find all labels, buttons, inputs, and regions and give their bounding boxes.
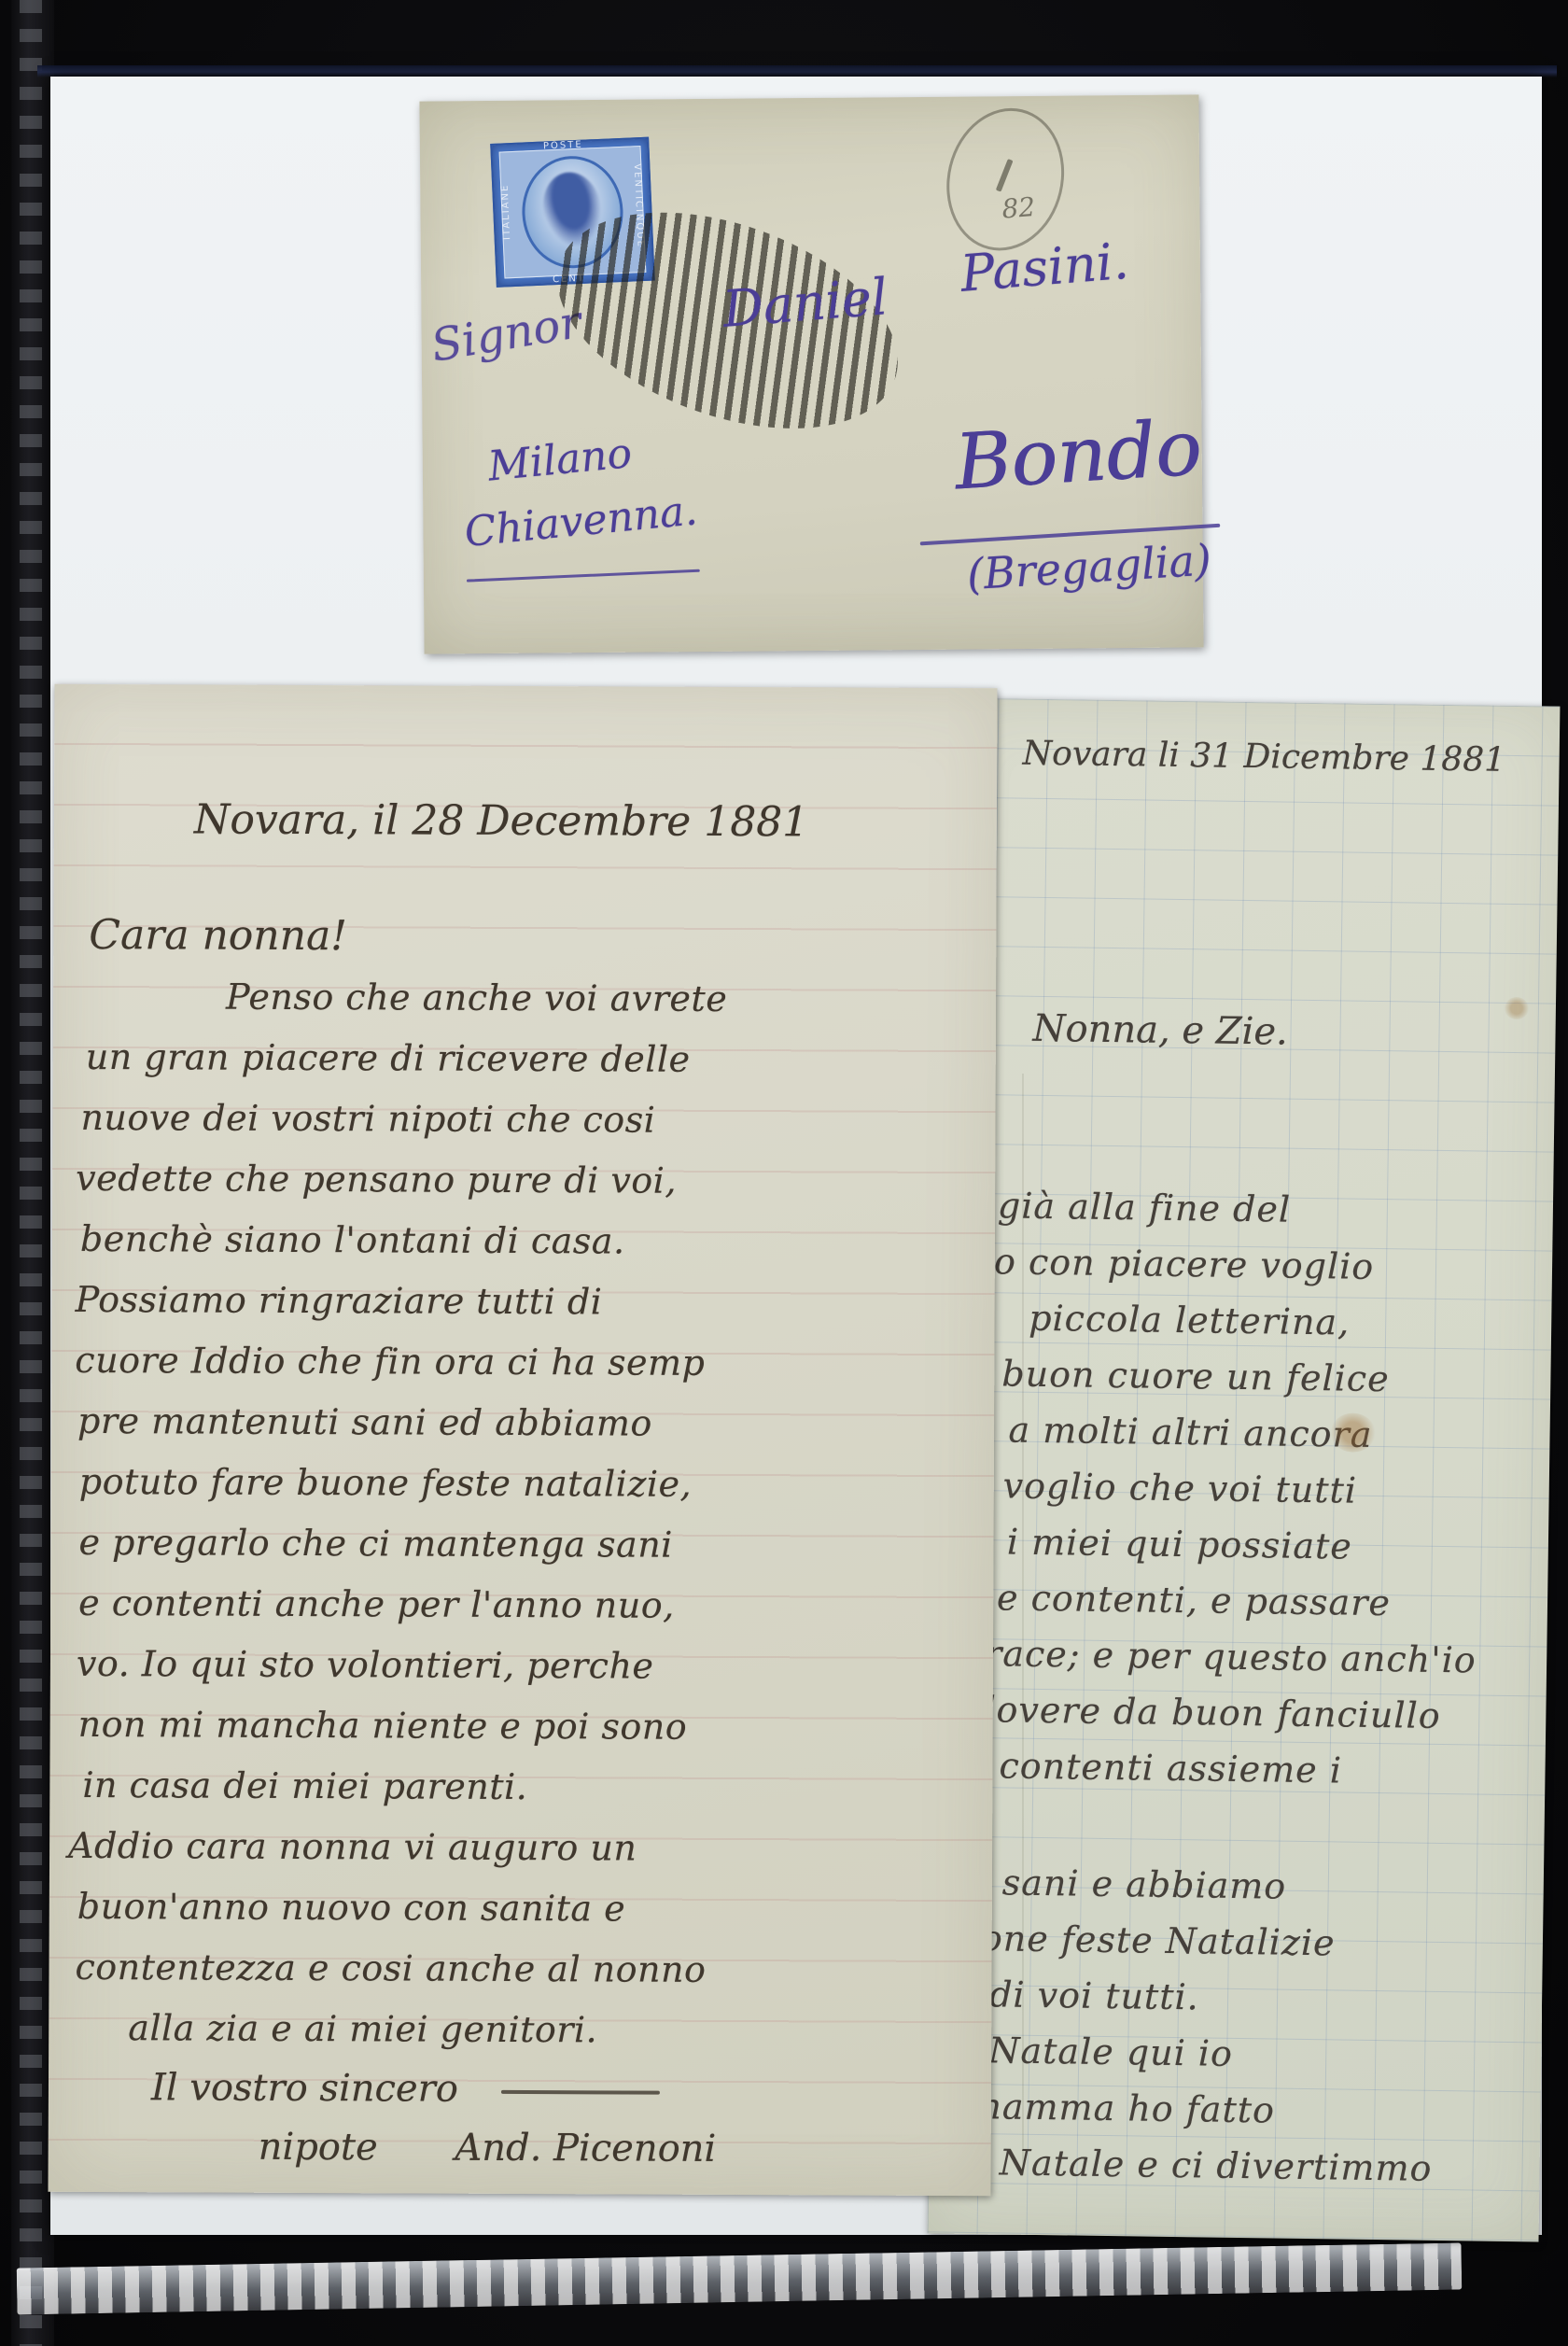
letter1-line: vedette che pensano pure di voi, — [76, 1148, 995, 1213]
letter2-line: i Natale e ci divertimmo — [974, 2134, 1540, 2198]
postmark-day — [996, 159, 1014, 192]
letter1-line: vo. Io qui sto volontieri, perche — [77, 1634, 993, 1698]
address-salutation: Signor — [427, 296, 585, 372]
letter1-line: Possiamo ringraziare tutti di — [76, 1270, 995, 1334]
route-line1: Milano — [486, 429, 634, 491]
letter2-line: Natale qui io — [988, 2022, 1542, 2086]
letter2-salutation: Nonna, e Zie. — [1032, 1001, 1556, 1064]
paper-crease — [1022, 1074, 1024, 2175]
address-last-name: Pasini. — [959, 232, 1131, 303]
letter2-line: one feste Natalizie — [981, 1910, 1544, 1974]
letter2-line: piccola letterina, — [1029, 1290, 1552, 1354]
letter1-salutation: Cara nonna! — [89, 905, 996, 970]
letter1-line: buon'anno nuovo con sanita e — [77, 1876, 992, 1941]
letter1-line: in casa dei miei parenti. — [82, 1755, 992, 1819]
letter-ruled-paper: Novara, il 28 Decembre 1881 Cara nonna! … — [48, 684, 997, 2196]
letter1-line: non mi mancha niente e poi sono — [78, 1694, 993, 1759]
destination-city: Bondo — [952, 404, 1204, 508]
letter2-line: voglio che voi tutti — [1002, 1457, 1549, 1521]
letter1-line: benchè siano l'ontani di casa. — [80, 1209, 995, 1273]
letter2-line: contenti assieme i — [999, 1737, 1546, 1801]
signature-name: And. Picenoni — [455, 2127, 716, 2170]
letter1-line: pre mantenuti sani ed abbiamo — [77, 1391, 994, 1455]
letter2-dateline: Novara li 31 Dicembre 1881 — [1022, 725, 1560, 791]
letter1-line: Penso che anche voi avrete — [226, 967, 996, 1032]
letter1-closing: Il vostro sincero — [151, 2058, 991, 2120]
route-line2: Chiavenna. — [462, 486, 699, 556]
sleeve-binding-edge — [11, 0, 54, 2346]
letter1-line: un gran piacere di ricevere delle — [86, 1027, 996, 1091]
letter1-line: potuto fare buone feste natalizie, — [79, 1452, 994, 1516]
letter1-line: contentezza e cosi anche al nonno — [75, 1937, 991, 2002]
sleeve-bottom-weld-strip — [17, 2242, 1463, 2314]
letter2-line: race; e per questo anch'io — [985, 1625, 1547, 1689]
letter2-line: lovere da buon fanciullo — [984, 1681, 1547, 1745]
letter1-line: Addio cara nonna vi auguro un — [68, 1816, 992, 1880]
letter1-signature: nipote And. Picenoni — [259, 2117, 991, 2181]
route-underline — [467, 569, 700, 583]
letter2-line: già alla fine del — [998, 1177, 1554, 1241]
letter2-line: namma ho fatto — [978, 2078, 1541, 2142]
closing-text: Il vostro sincero — [151, 2066, 458, 2110]
letter2-line: di voi tutti. — [989, 1966, 1543, 2030]
letter2-line: a molti altri ancora — [1008, 1401, 1550, 1465]
letter2-line: i miei qui possiate — [1006, 1513, 1548, 1577]
album-page-photo: Novara li 31 Dicembre 1881 Nonna, e Zie.… — [0, 0, 1568, 2346]
letter2-line: e contenti, e passare — [997, 1569, 1548, 1633]
letter2-line: o con piacere voglio — [994, 1233, 1553, 1297]
destination-region: (Bregaglia) — [965, 534, 1212, 599]
envelope: POSTE ITALIANE VENTICINQUE CENT 82 Signo… — [419, 94, 1203, 653]
letter1-line: e pregarlo che ci mantenga sani — [78, 1512, 993, 1577]
letter1-line: alla zia e ai miei genitori. — [128, 1998, 991, 2062]
letter2-line: buon cuore un felice — [1001, 1345, 1551, 1409]
letter1-line: cuore Iddio che fin ora ci ha semp — [75, 1330, 994, 1395]
signature-label: nipote — [259, 2126, 378, 2170]
pen-flourish — [501, 2090, 660, 2095]
postmark-year: 82 — [1001, 191, 1036, 225]
letter2-line: sani e abbiamo — [1001, 1854, 1544, 1918]
letter1-line: nuove dei vostri nipoti che cosi — [80, 1088, 995, 1152]
letter1-dateline: Novara, il 28 Decembre 1881 — [194, 789, 997, 854]
sleeve-perforation-pattern — [20, 0, 42, 2346]
letter1-line: e contenti anche per l'anno nuo, — [78, 1573, 993, 1637]
